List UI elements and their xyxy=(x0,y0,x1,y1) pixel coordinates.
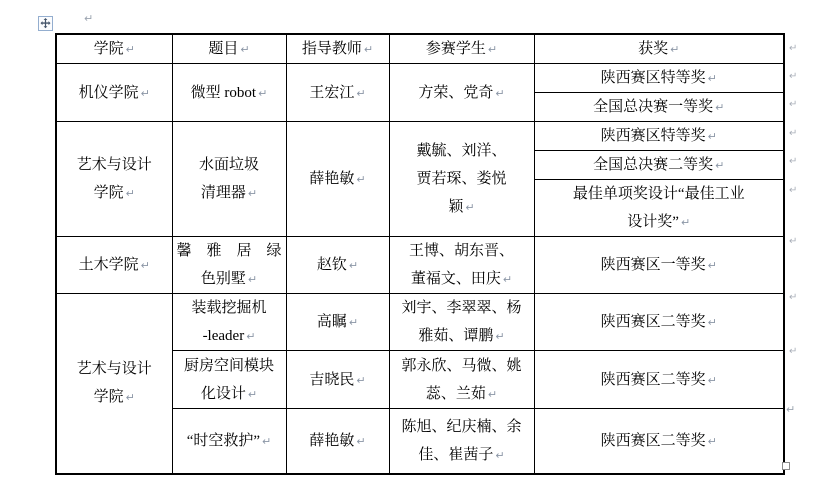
cell-college[interactable]: 机仪学院↵ xyxy=(56,64,172,122)
header-label: 题目↵ xyxy=(208,41,249,57)
cell-text: 王宏江↵ xyxy=(309,85,365,101)
header-cell-award[interactable]: 获奖↵ xyxy=(534,34,784,64)
cell-text: 艺术与设计 学院↵ xyxy=(77,361,152,405)
header-label: 获奖↵ xyxy=(638,41,679,57)
cell-teacher[interactable]: 薛艳敏↵ xyxy=(286,122,389,237)
cell-paragraph-mark: ↵ xyxy=(349,316,358,329)
cell-text: 刘宇、李翠翠、杨 雅茹、谭鹏↵ xyxy=(401,300,521,344)
cell-paragraph-mark: ↵ xyxy=(246,330,255,343)
document-page: ↵ 学院↵ 题目↵ 指导教师↵ 参赛学生↵ 获奖↵ 机仪学院↵ 微型 robot… xyxy=(0,0,836,497)
header-cell-teacher[interactable]: 指导教师↵ xyxy=(286,34,389,64)
row-end-mark: ↵ xyxy=(789,44,797,54)
table-row: 艺术与设计 学院↵ 装载挖掘机 -leader↵ 高瞩↵ 刘宇、李翠翠、杨 雅茹… xyxy=(56,294,784,351)
cell-college[interactable]: 艺术与设计 学院↵ xyxy=(56,294,172,474)
row-end-mark: ↵ xyxy=(789,347,797,357)
cell-title[interactable]: 厨房空间模块 化设计↵ xyxy=(172,351,286,409)
cell-award[interactable]: 陕西赛区二等奖↵ xyxy=(534,294,784,351)
header-label: 参赛学生↵ xyxy=(426,41,497,57)
cell-paragraph-mark: ↵ xyxy=(141,259,150,272)
cell-college[interactable]: 土木学院↵ xyxy=(56,237,172,294)
cell-paragraph-mark: ↵ xyxy=(141,87,150,100)
cell-teacher[interactable]: 赵钦↵ xyxy=(286,237,389,294)
cell-students[interactable]: 王博、胡东晋、 董福文、田庆↵ xyxy=(389,237,534,294)
cell-paragraph-mark: ↵ xyxy=(356,435,365,448)
cell-text: 机仪学院↵ xyxy=(79,85,150,101)
cell-text: 陕西赛区二等奖↵ xyxy=(601,433,717,449)
cell-text: 土木学院↵ xyxy=(79,257,150,273)
cell-award[interactable]: 最佳单项奖设计“最佳工业 设计奖”↵ xyxy=(534,180,784,237)
row-end-mark: ↵ xyxy=(789,129,797,139)
cell-title[interactable]: 馨 雅 居 绿 色别墅↵ xyxy=(172,237,286,294)
cell-students[interactable]: 陈旭、纪庆楠、余 佳、崔茜子↵ xyxy=(389,409,534,474)
cell-award[interactable]: 全国总决赛一等奖↵ xyxy=(534,93,784,122)
cell-title[interactable]: 微型 robot↵ xyxy=(172,64,286,122)
cell-paragraph-mark: ↵ xyxy=(708,259,717,272)
cell-students[interactable]: 郭永欣、马微、姚 蕊、兰茹↵ xyxy=(389,351,534,409)
cell-paragraph-mark: ↵ xyxy=(503,273,512,286)
table-resize-handle[interactable] xyxy=(782,462,790,470)
cell-paragraph-mark: ↵ xyxy=(356,87,365,100)
cell-text: 方荣、党奇↵ xyxy=(418,85,504,101)
cell-text: 陕西赛区特等奖↵ xyxy=(601,70,717,86)
cell-text: 戴毓、刘洋、 贾若琛、娄悦 颖↵ xyxy=(416,143,506,215)
cell-paragraph-mark: ↵ xyxy=(356,374,365,387)
cell-teacher[interactable]: 薛艳敏↵ xyxy=(286,409,389,474)
cell-paragraph-mark: ↵ xyxy=(495,330,504,343)
cell-paragraph-mark: ↵ xyxy=(258,87,267,100)
cell-award[interactable]: 陕西赛区特等奖↵ xyxy=(534,122,784,151)
cell-paragraph-mark: ↵ xyxy=(708,130,717,143)
cell-paragraph-mark: ↵ xyxy=(708,316,717,329)
row-end-mark: ↵ xyxy=(789,100,797,110)
cell-text: 馨 雅 居 绿 色别墅↵ xyxy=(176,243,281,287)
header-cell-college[interactable]: 学院↵ xyxy=(56,34,172,64)
cell-college[interactable]: 艺术与设计 学院↵ xyxy=(56,122,172,237)
cell-text: 吉晓民↵ xyxy=(309,372,365,388)
cell-teacher[interactable]: 王宏江↵ xyxy=(286,64,389,122)
cell-students[interactable]: 戴毓、刘洋、 贾若琛、娄悦 颖↵ xyxy=(389,122,534,237)
cell-paragraph-mark: ↵ xyxy=(670,43,679,56)
cell-paragraph-mark: ↵ xyxy=(364,43,373,56)
cell-text: 高瞩↵ xyxy=(317,314,358,330)
cell-title[interactable]: 水面垃圾 清理器↵ xyxy=(172,122,286,237)
cell-paragraph-mark: ↵ xyxy=(248,388,257,401)
cell-award[interactable]: 陕西赛区二等奖↵ xyxy=(534,351,784,409)
cell-text: 薛艳敏↵ xyxy=(309,433,365,449)
cell-text: “时空救护”↵ xyxy=(187,433,272,449)
cell-award[interactable]: 全国总决赛二等奖↵ xyxy=(534,151,784,180)
cell-title[interactable]: “时空救护”↵ xyxy=(172,409,286,474)
header-cell-students[interactable]: 参赛学生↵ xyxy=(389,34,534,64)
cell-paragraph-mark: ↵ xyxy=(495,87,504,100)
cell-text: 最佳单项奖设计“最佳工业 设计奖”↵ xyxy=(573,186,745,230)
cell-teacher[interactable]: 高瞩↵ xyxy=(286,294,389,351)
cell-text: 陕西赛区特等奖↵ xyxy=(601,128,717,144)
cell-paragraph-mark: ↵ xyxy=(126,391,135,404)
cell-text: 水面垃圾 清理器↵ xyxy=(199,157,259,201)
table-row: 机仪学院↵ 微型 robot↵ 王宏江↵ 方荣、党奇↵ 陕西赛区特等奖↵ xyxy=(56,64,784,93)
row-end-mark: ↵ xyxy=(789,186,797,196)
header-cell-title[interactable]: 题目↵ xyxy=(172,34,286,64)
cell-text: 陕西赛区一等奖↵ xyxy=(601,257,717,273)
cell-paragraph-mark: ↵ xyxy=(488,388,497,401)
cell-students[interactable]: 方荣、党奇↵ xyxy=(389,64,534,122)
cell-paragraph-mark: ↵ xyxy=(715,159,724,172)
move-arrows-icon xyxy=(40,18,51,29)
cell-paragraph-mark: ↵ xyxy=(708,435,717,448)
cell-paragraph-mark: ↵ xyxy=(240,43,249,56)
cell-paragraph-mark: ↵ xyxy=(708,374,717,387)
cell-title[interactable]: 装载挖掘机 -leader↵ xyxy=(172,294,286,351)
table-row: 土木学院↵ 馨 雅 居 绿 色别墅↵ 赵钦↵ 王博、胡东晋、 董福文、田庆↵ 陕… xyxy=(56,237,784,294)
cell-paragraph-mark: ↵ xyxy=(465,201,474,214)
cell-paragraph-mark: ↵ xyxy=(681,216,690,229)
table-row: 艺术与设计 学院↵ 水面垃圾 清理器↵ 薛艳敏↵ 戴毓、刘洋、 贾若琛、娄悦 颖… xyxy=(56,122,784,151)
cell-students[interactable]: 刘宇、李翠翠、杨 雅茹、谭鹏↵ xyxy=(389,294,534,351)
row-end-mark: ↵ xyxy=(789,237,797,247)
cell-teacher[interactable]: 吉晓民↵ xyxy=(286,351,389,409)
cell-text: 微型 robot↵ xyxy=(191,85,268,101)
cell-text: 陕西赛区二等奖↵ xyxy=(601,314,717,330)
cell-award[interactable]: 陕西赛区二等奖↵ xyxy=(534,409,784,474)
cell-paragraph-mark: ↵ xyxy=(356,173,365,186)
paragraph-mark: ↵ xyxy=(84,13,93,24)
row-end-mark: ↵ xyxy=(789,293,797,303)
cell-paragraph-mark: ↵ xyxy=(349,259,358,272)
cell-paragraph-mark: ↵ xyxy=(715,101,724,114)
cell-paragraph-mark: ↵ xyxy=(708,72,717,85)
header-row: 学院↵ 题目↵ 指导教师↵ 参赛学生↵ 获奖↵ xyxy=(56,34,784,64)
cell-text: 赵钦↵ xyxy=(317,257,358,273)
cell-paragraph-mark: ↵ xyxy=(488,43,497,56)
cell-text: 薛艳敏↵ xyxy=(309,171,365,187)
cell-paragraph-mark: ↵ xyxy=(495,449,504,462)
cell-award[interactable]: 陕西赛区特等奖↵ xyxy=(534,64,784,93)
table-move-handle[interactable] xyxy=(38,16,53,31)
cell-text: 厨房空间模块 化设计↵ xyxy=(184,358,274,402)
header-label: 指导教师↵ xyxy=(302,41,373,57)
cell-text: 全国总决赛一等奖↵ xyxy=(593,99,724,115)
cell-text: 郭永欣、马微、姚 蕊、兰茹↵ xyxy=(401,358,521,402)
cell-text: 装载挖掘机 -leader↵ xyxy=(191,300,266,344)
cell-paragraph-mark: ↵ xyxy=(126,43,135,56)
cell-paragraph-mark: ↵ xyxy=(126,187,135,200)
cell-text: 陕西赛区二等奖↵ xyxy=(601,372,717,388)
cell-text: 艺术与设计 学院↵ xyxy=(77,157,152,201)
row-end-mark: ↵ xyxy=(789,72,797,82)
cell-text: 陈旭、纪庆楠、余 佳、崔茜子↵ xyxy=(401,419,521,463)
cell-text: 王博、胡东晋、 董福文、田庆↵ xyxy=(409,243,514,287)
row-end-mark: ↵ xyxy=(789,157,797,167)
cell-award[interactable]: 陕西赛区一等奖↵ xyxy=(534,237,784,294)
header-label: 学院↵ xyxy=(94,41,135,57)
cell-paragraph-mark: ↵ xyxy=(248,273,257,286)
award-table: 学院↵ 题目↵ 指导教师↵ 参赛学生↵ 获奖↵ 机仪学院↵ 微型 robot↵ … xyxy=(55,33,785,475)
cell-text: 全国总决赛二等奖↵ xyxy=(593,157,724,173)
cell-paragraph-mark: ↵ xyxy=(248,187,257,200)
row-end-mark: ↵ xyxy=(786,404,795,415)
cell-paragraph-mark: ↵ xyxy=(262,435,271,448)
